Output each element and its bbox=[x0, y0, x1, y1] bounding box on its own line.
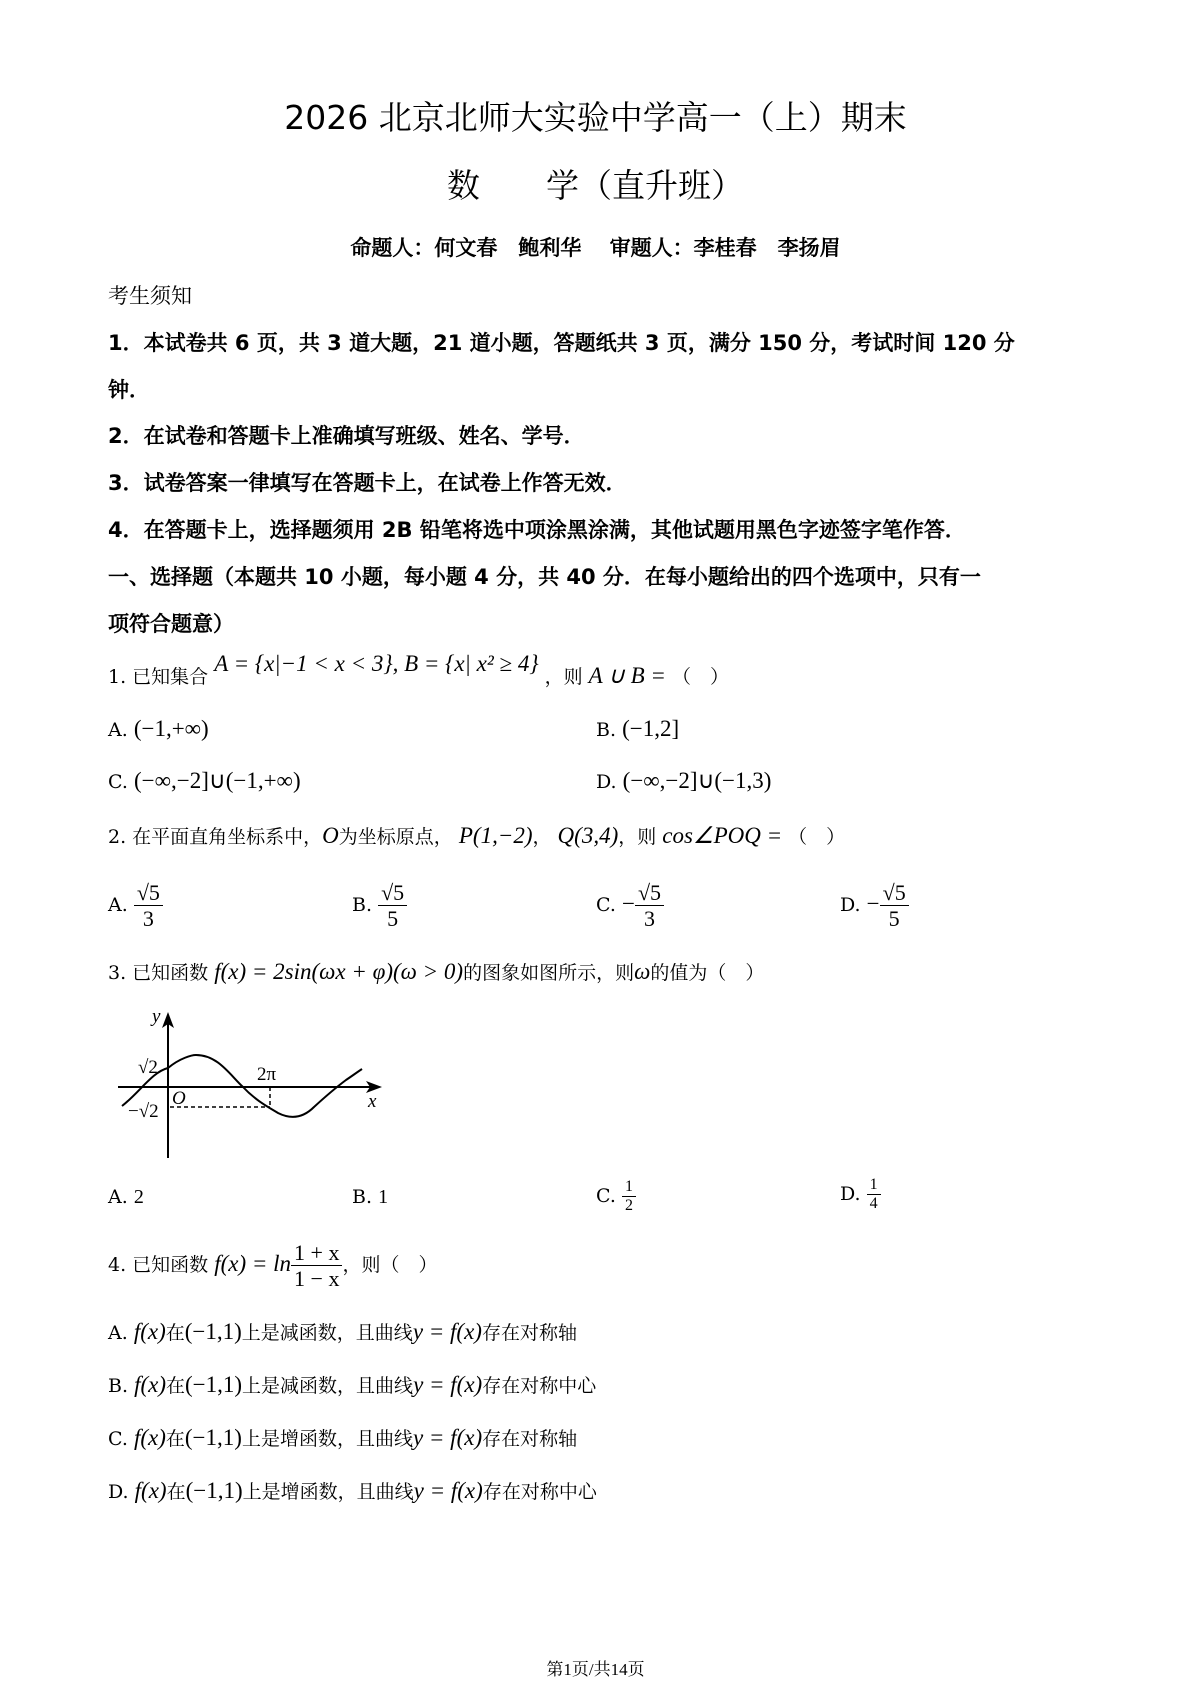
y-tick-neg-sqrt2: −√2 bbox=[128, 1101, 159, 1122]
exam-subject: 数 学（直升班） bbox=[0, 160, 1191, 207]
q1-mid: ，则 bbox=[545, 666, 583, 688]
notice-item-4: 4．在答题卡上，选择题须用 2B 铅笔将选中项涂黑涂满，其他试题用黑色字迹签字笔… bbox=[108, 514, 966, 544]
q3-function: f(x) = 2sin(ωx + φ)(ω > 0) bbox=[214, 959, 463, 984]
origin-label: O bbox=[172, 1088, 186, 1109]
q2-option-c[interactable]: C. −√53 bbox=[596, 880, 664, 932]
q2-cos: cos∠POQ = bbox=[662, 823, 782, 848]
notice-item-1: 1．本试卷共 6 页，共 3 道大题，21 道小题，答题纸共 3 页，满分 15… bbox=[108, 327, 1015, 357]
question-1-stem: 1. 已知集合 A = {x|−1 < x < 3}, B = {x| x² ≥… bbox=[108, 662, 729, 689]
q3-option-a[interactable]: A. 2 bbox=[108, 1186, 144, 1209]
q4-option-a[interactable]: A. f(x)在(−1,1)上是减函数，且曲线y = f(x)存在对称轴 bbox=[108, 1318, 577, 1345]
q2-point-q: Q(3,4) bbox=[558, 823, 619, 848]
q2-option-b[interactable]: B. √55 bbox=[352, 880, 407, 932]
section-heading-line2: 项符合题意） bbox=[108, 608, 234, 638]
q4-function: f(x) = ln bbox=[214, 1251, 291, 1276]
question-3-stem: 3. 已知函数 f(x) = 2sin(ωx + φ)(ω > 0)的图象如图所… bbox=[108, 958, 764, 985]
q2-point-p: P(1,−2) bbox=[459, 823, 533, 848]
question-4-stem: 4. 已知函数 f(x) = ln1 + x1 − x，则（ ） bbox=[108, 1240, 437, 1292]
q2-option-d[interactable]: D. −√55 bbox=[840, 880, 909, 932]
q3-option-d[interactable]: D. 14 bbox=[840, 1176, 881, 1214]
q1-union: A ∪ B = bbox=[589, 663, 666, 688]
section-heading-line1: 一、选择题（本题共 10 小题，每小题 4 分，共 40 分．在每小题给出的四个… bbox=[108, 561, 981, 591]
y-axis-label: y bbox=[150, 1006, 161, 1027]
q3-option-c[interactable]: C. 12 bbox=[596, 1178, 636, 1216]
page-number: 第1页/共14页 bbox=[0, 1655, 1191, 1680]
q4-option-d[interactable]: D. f(x)在(−1,1)上是增函数，且曲线y = f(x)存在对称中心 bbox=[108, 1477, 597, 1504]
q1-prefix: 1. 已知集合 bbox=[108, 666, 208, 688]
q2-option-a[interactable]: A. √53 bbox=[108, 880, 163, 932]
notice-heading: 考生须知 bbox=[108, 280, 192, 310]
y-tick-sqrt2: √2 bbox=[138, 1057, 158, 1078]
q1-option-d[interactable]: D. (−∞,−2]∪(−1,3) bbox=[596, 768, 771, 794]
q1-sets: A = {x|−1 < x < 3}, B = {x| x² ≥ 4} bbox=[214, 651, 538, 676]
notice-item-3: 3．试卷答案一律填写在答题卡上，在试卷上作答无效． bbox=[108, 467, 627, 497]
q1-option-a[interactable]: A. (−1,+∞) bbox=[108, 716, 209, 742]
sine-graph-figure: y x O √2 −√2 2π bbox=[100, 1000, 390, 1165]
exam-title: 2026 北京北师大实验中学高一（上）期末 bbox=[0, 92, 1191, 139]
exam-authors: 命题人：何文春 鲍利华 审题人：李桂春 李扬眉 bbox=[0, 232, 1191, 262]
q1-option-b[interactable]: B. (−1,2] bbox=[596, 716, 679, 742]
notice-item-1-cont: 钟． bbox=[108, 374, 150, 404]
x-tick-2pi: 2π bbox=[257, 1064, 277, 1085]
x-axis-label: x bbox=[367, 1091, 377, 1112]
q4-option-b[interactable]: B. f(x)在(−1,1)上是减函数，且曲线y = f(x)存在对称中心 bbox=[108, 1371, 596, 1398]
q3-option-b[interactable]: B. 1 bbox=[352, 1186, 388, 1209]
question-2-stem: 2. 在平面直角坐标系中，O为坐标原点， P(1,−2)， Q(3,4)，则 c… bbox=[108, 822, 845, 849]
q4-option-c[interactable]: C. f(x)在(−1,1)上是增函数，且曲线y = f(x)存在对称轴 bbox=[108, 1424, 577, 1451]
notice-item-2: 2．在试卷和答题卡上准确填写班级、姓名、学号． bbox=[108, 420, 585, 450]
q1-option-c[interactable]: C. (−∞,−2]∪(−1,+∞) bbox=[108, 768, 301, 794]
q1-suffix: （ ） bbox=[672, 666, 729, 688]
